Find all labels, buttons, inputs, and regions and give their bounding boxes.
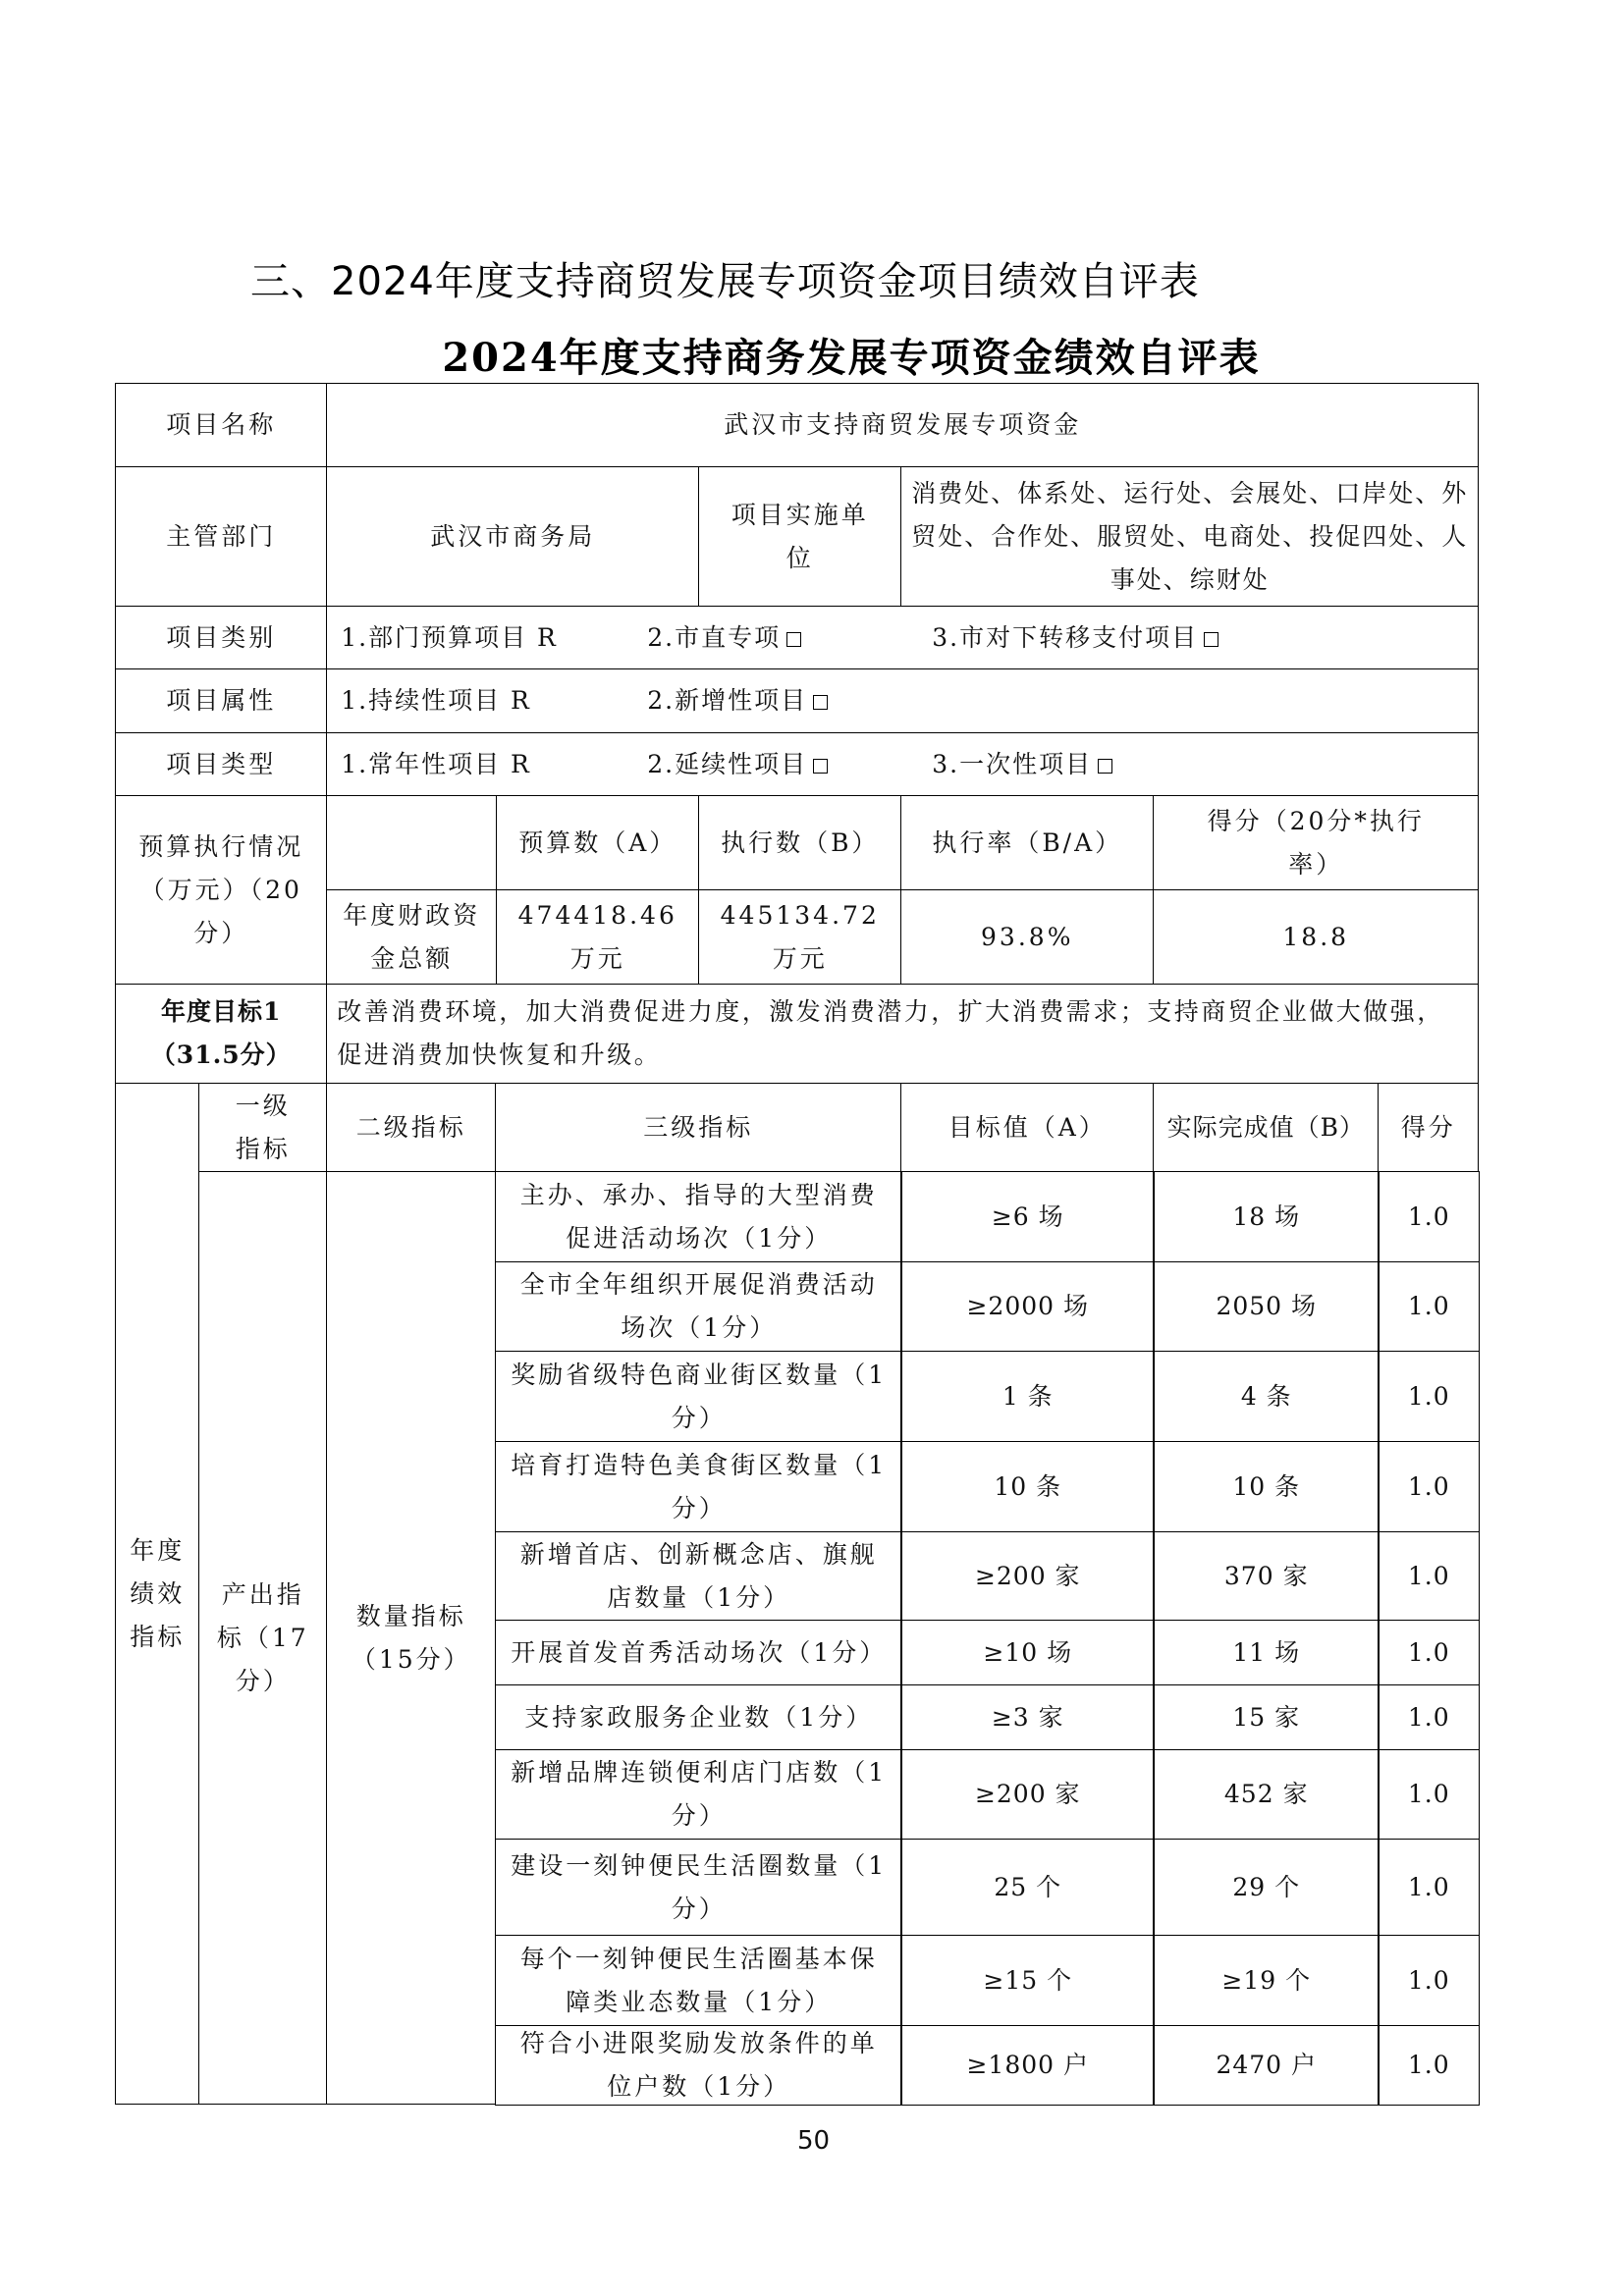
indicator-name: 符合小进限奖励发放条件的单位户数（1分） — [495, 2025, 902, 2106]
checkbox-icon — [813, 695, 828, 710]
indicator-score: 1.0 — [1378, 1749, 1480, 1840]
budget-header-a: 预算数（A） — [496, 795, 699, 890]
budget-label: 预算执行情况（万元）（20分） — [115, 795, 327, 985]
header-level3: 三级指标 — [495, 1083, 901, 1172]
actual-value: 18 场 — [1153, 1171, 1380, 1262]
target-value: ≥200 家 — [900, 1749, 1155, 1840]
target-value: ≥1800 户 — [900, 2025, 1155, 2106]
actual-value: ≥19 个 — [1153, 1935, 1380, 2026]
level1-output: 产出指标（17分） — [198, 1171, 327, 2105]
type-option-2: 2.延续性项目 — [647, 750, 807, 778]
header-level2: 二级指标 — [326, 1083, 496, 1172]
actual-value: 29 个 — [1153, 1839, 1380, 1936]
indicator-name: 新增首店、创新概念店、旗舰店数量（1分） — [495, 1531, 902, 1621]
target-value: ≥2000 场 — [900, 1261, 1155, 1352]
attribute-label: 项目属性 — [115, 668, 327, 733]
target-value: 25 个 — [900, 1839, 1155, 1936]
indicator-name: 新增品牌连锁便利店门店数（1分） — [495, 1749, 902, 1840]
indicator-score: 1.0 — [1378, 1531, 1480, 1621]
target-value: ≥3 家 — [900, 1684, 1155, 1750]
category-option-3: 3.市对下转移支付项目 — [932, 623, 1198, 652]
category-options: 1.部门预算项目 R 2.市直专项 3.市对下转移支付项目 — [326, 606, 1479, 669]
header-score: 得分 — [1378, 1083, 1479, 1172]
budget-amount: 474418.46 万元 — [496, 889, 699, 985]
indicator-score: 1.0 — [1378, 1441, 1480, 1532]
budget-score: 18.8 — [1153, 889, 1479, 985]
indicator-name: 开展首发首秀活动场次（1分） — [495, 1620, 902, 1685]
type-option-1: 1.常年性项目 R — [341, 743, 647, 786]
actual-value: 10 条 — [1153, 1441, 1380, 1532]
header-target: 目标值（A） — [900, 1083, 1154, 1172]
goal-label: 年度目标1（31.5分） — [115, 984, 327, 1084]
checkbox-icon — [813, 759, 828, 774]
actual-value: 4 条 — [1153, 1351, 1380, 1442]
category-option-1: 1.部门预算项目 R — [341, 616, 647, 660]
target-value: ≥6 场 — [900, 1171, 1155, 1262]
budget-header-rate: 执行率（B/A） — [900, 795, 1154, 890]
indicator-name: 建设一刻钟便民生活圈数量（1分） — [495, 1839, 902, 1936]
checkbox-icon — [786, 632, 801, 647]
project-name-label: 项目名称 — [115, 383, 327, 467]
page-number: 50 — [797, 2126, 830, 2156]
target-value: ≥200 家 — [900, 1531, 1155, 1621]
target-value: 1 条 — [900, 1351, 1155, 1442]
type-label: 项目类型 — [115, 732, 327, 796]
dept-label: 主管部门 — [115, 466, 327, 607]
indicator-score: 1.0 — [1378, 1261, 1480, 1352]
indicator-name: 每个一刻钟便民生活圈基本保障类业态数量（1分） — [495, 1935, 902, 2026]
indicator-name: 奖励省级特色商业街区数量（1分） — [495, 1351, 902, 1442]
executed-amount: 445134.72 万元 — [698, 889, 901, 985]
actual-value: 2470 户 — [1153, 2025, 1380, 2106]
budget-header-b: 执行数（B） — [698, 795, 901, 890]
actual-value: 15 家 — [1153, 1684, 1380, 1750]
category-option-2: 2.市直专项 — [647, 623, 781, 652]
indicator-score: 1.0 — [1378, 2025, 1480, 2106]
checkbox-icon — [1098, 759, 1112, 774]
indicator-score: 1.0 — [1378, 1620, 1480, 1685]
header-actual: 实际完成值（B） — [1153, 1083, 1379, 1172]
target-value: 10 条 — [900, 1441, 1155, 1532]
actual-value: 452 家 — [1153, 1749, 1380, 1840]
actual-value: 370 家 — [1153, 1531, 1380, 1621]
indicator-name: 主办、承办、指导的大型消费促进活动场次（1分） — [495, 1171, 902, 1262]
category-label: 项目类别 — [115, 606, 327, 669]
execution-rate: 93.8% — [900, 889, 1154, 985]
goal-text: 改善消费环境，加大消费促进力度，激发消费潜力，扩大消费需求；支持商贸企业做大做强… — [326, 984, 1479, 1084]
budget-header-score: 得分（20分*执行率） — [1153, 795, 1479, 890]
impl-unit-value: 消费处、体系处、运行处、会展处、口岸处、外贸处、合作处、服贸处、电商处、投促四处… — [900, 466, 1479, 607]
indicator-score: 1.0 — [1378, 1684, 1480, 1750]
project-name-value: 武汉市支持商贸发展专项资金 — [326, 383, 1479, 467]
attribute-options: 1.持续性项目 R 2.新增性项目 — [326, 668, 1479, 733]
type-options: 1.常年性项目 R 2.延续性项目 3.一次性项目 — [326, 732, 1479, 796]
actual-value: 11 场 — [1153, 1620, 1380, 1685]
indicator-score: 1.0 — [1378, 1171, 1480, 1262]
table-title: 2024年度支持商务发展专项资金绩效自评表 — [0, 327, 1624, 383]
checkbox-icon — [1204, 632, 1218, 647]
indicator-score: 1.0 — [1378, 1351, 1480, 1442]
level2-quantity: 数量指标（15分） — [326, 1171, 496, 2105]
target-value: ≥10 场 — [900, 1620, 1155, 1685]
budget-empty-header — [326, 795, 497, 890]
indicator-name: 全市全年组织开展促消费活动场次（1分） — [495, 1261, 902, 1352]
attribute-option-2: 2.新增性项目 — [647, 686, 807, 715]
impl-unit-label: 项目实施单位 — [698, 466, 901, 607]
dept-value: 武汉市商务局 — [326, 466, 699, 607]
indicator-group-label: 年度绩效指标 — [115, 1083, 199, 2105]
attribute-option-1: 1.持续性项目 R — [341, 679, 647, 722]
indicator-name: 培育打造特色美食街区数量（1分） — [495, 1441, 902, 1532]
indicator-score: 1.0 — [1378, 1839, 1480, 1936]
header-level1: 一级指标 — [198, 1083, 327, 1172]
indicator-name: 支持家政服务企业数（1分） — [495, 1684, 902, 1750]
indicator-score: 1.0 — [1378, 1935, 1480, 2026]
actual-value: 2050 场 — [1153, 1261, 1380, 1352]
target-value: ≥15 个 — [900, 1935, 1155, 2026]
type-option-3: 3.一次性项目 — [932, 750, 1092, 778]
budget-row-label: 年度财政资金总额 — [326, 889, 497, 985]
section-heading: 三、2024年度支持商贸发展专项资金项目绩效自评表 — [250, 250, 1200, 306]
